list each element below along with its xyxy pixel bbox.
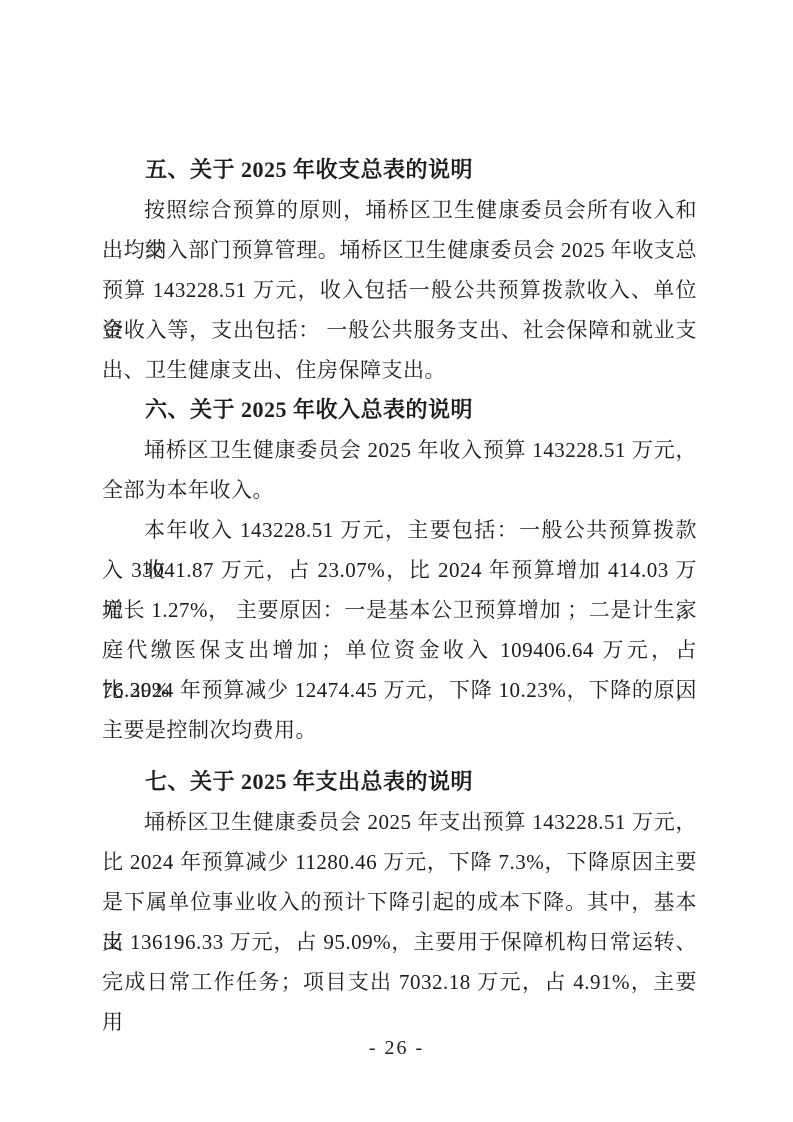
text-line: 按照综合预算的原则，埇桥区卫生健康委员会所有收入和支 [102, 190, 697, 230]
text-line: 全部为本年收入。 [102, 470, 697, 510]
section-7-heading: 七、关于 2025 年支出总表的说明 [102, 762, 697, 802]
text-line: 埇桥区卫生健康委员会 2025 年支出预算 143228.51 万元， [102, 802, 697, 842]
document-page: 五、关于 2025 年收支总表的说明 按照综合预算的原则，埇桥区卫生健康委员会所… [0, 0, 793, 1122]
text-line: 增长 1.27%， 主要原因：一是基本公卫预算增加 ；二是计生家 [102, 590, 697, 630]
text-line: 预算 143228.51 万元，收入包括一般公共预算拨款收入、单位资 [102, 270, 697, 310]
text-line: 主要是控制次均费用。 [102, 710, 697, 750]
section-5-heading: 五、关于 2025 年收支总表的说明 [102, 150, 697, 190]
text-line: 入 33041.87 万元，占 23.07%，比 2024 年预算增加 414.… [102, 550, 697, 590]
document-content: 五、关于 2025 年收支总表的说明 按照综合预算的原则，埇桥区卫生健康委员会所… [102, 150, 697, 1002]
text-line: 完成日常工作任务；项目支出 7032.18 万元，占 4.91%，主要用 [102, 962, 697, 1002]
text-line: 出 136196.33 万元，占 95.09%，主要用于保障机构日常运转、 [102, 922, 697, 962]
text-line: 出、卫生健康支出、住房保障支出。 [102, 350, 697, 390]
text-line: 金收入等，支出包括： 一般公共服务支出、社会保障和就业支 [102, 310, 697, 350]
text-line: 埇桥区卫生健康委员会 2025 年收入预算 143228.51 万元， [102, 430, 697, 470]
section-6-heading: 六、关于 2025 年收入总表的说明 [102, 390, 697, 430]
text-line: 比 2024 年预算减少 12474.45 万元，下降 10.23%，下降的原因 [102, 670, 697, 710]
text-line: 出均纳入部门预算管理。埇桥区卫生健康委员会 2025 年收支总 [102, 230, 697, 270]
text-line: 比 2024 年预算减少 11280.46 万元，下降 7.3%，下降原因主要 [102, 842, 697, 882]
text-line: 庭代缴医保支出增加；单位资金收入 109406.64 万元，占 76.39%， [102, 630, 697, 670]
text-line: 是下属单位事业收入的预计下降引起的成本下降。其中，基本支 [102, 882, 697, 922]
page-number: - 26 - [0, 1034, 793, 1062]
text-line: 本年收入 143228.51 万元，主要包括：一般公共预算拨款收 [102, 510, 697, 550]
